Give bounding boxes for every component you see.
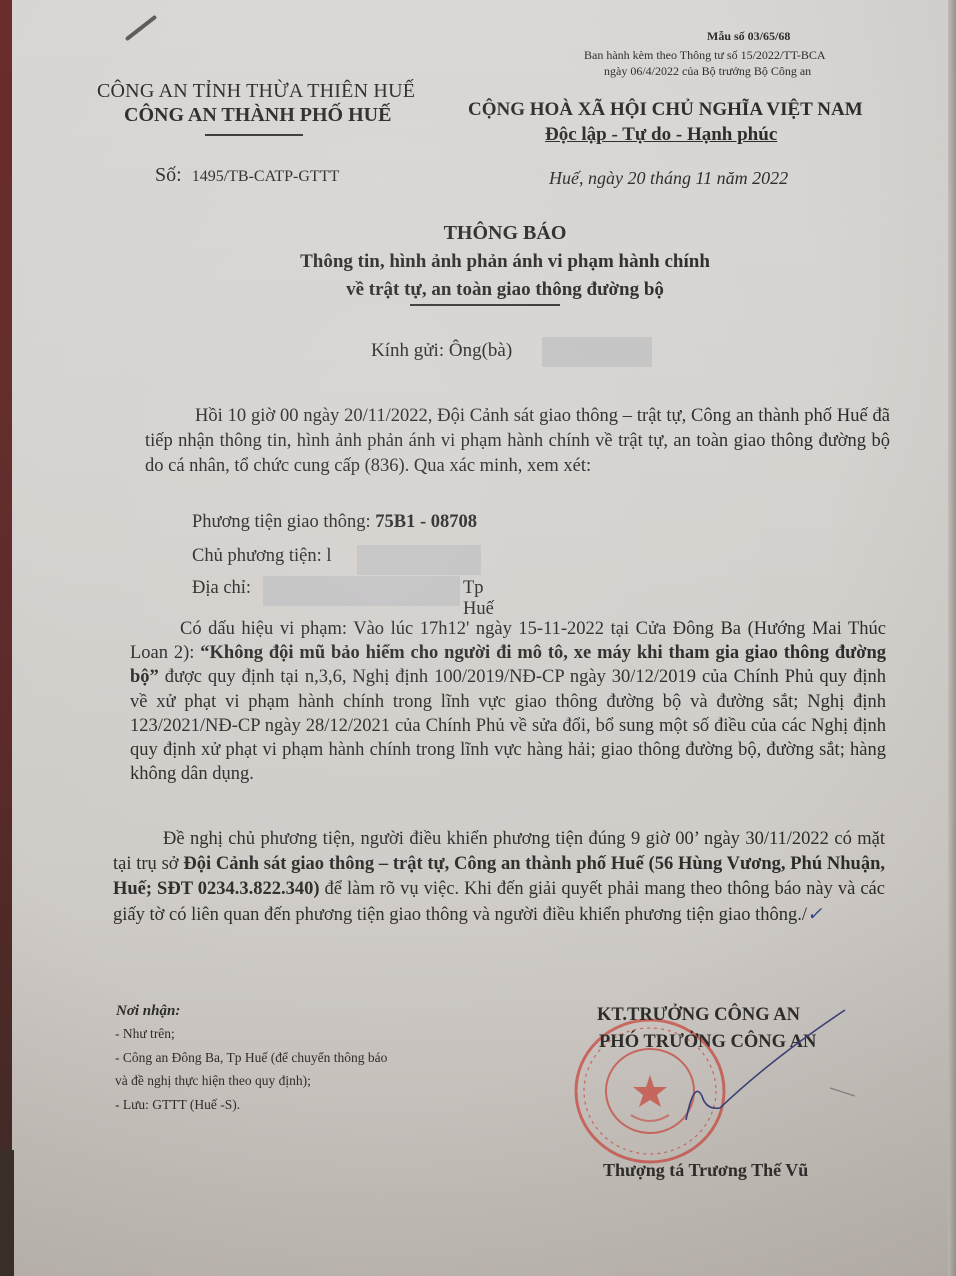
document-number-label: Số: xyxy=(155,164,182,186)
recipient-item: - Như trên; xyxy=(115,1026,175,1042)
signer-name: Thượng tá Trương Thế Vũ xyxy=(603,1160,808,1181)
request-paragraph: Đề nghị chủ phương tiện, người điều khiể… xyxy=(113,827,885,928)
document-title: THÔNG BÁO xyxy=(0,222,956,245)
vehicle-owner-label: Chủ phương tiện: xyxy=(192,546,322,566)
recipient-item: - Công an Đông Ba, Tp Huế (để chuyển thô… xyxy=(115,1050,387,1066)
form-issued-with: Ban hành kèm theo Thông tư số 15/2022/TT… xyxy=(584,48,826,63)
agency-underline xyxy=(205,134,303,136)
parent-agency: CÔNG AN TỈNH THỪA THIÊN HUẾ xyxy=(97,80,415,103)
intro-text: Hồi 10 giờ 00 ngày 20/11/2022, Đội Cảnh … xyxy=(145,406,890,476)
vehicle-plate-value: 75B1 - 08708 xyxy=(375,512,477,532)
violation-paragraph: Có dấu hiệu vi phạm: Vào lúc 17h12' ngày… xyxy=(130,617,886,786)
recipients-heading: Nơi nhận: xyxy=(116,1003,180,1020)
redacted-address xyxy=(263,576,460,606)
check-mark-icon: ✓ xyxy=(807,905,823,925)
desk-edge-bottom-left xyxy=(0,1150,14,1276)
redacted-owner-name xyxy=(357,545,481,575)
country-name: CỘNG HOÀ XÃ HỘI CHỦ NGHĨA VIỆT NAM xyxy=(468,99,863,121)
vehicle-owner-initial: l xyxy=(326,546,331,566)
place-date: Huế, ngày 20 tháng 11 năm 2022 xyxy=(549,168,788,189)
document-number-value: 1495/TB-CATP-GTTT xyxy=(192,168,340,185)
vehicle-address-label: Địa chỉ: xyxy=(192,578,251,598)
document-subtitle-line2: về trật tự, an toàn giao thông đường bộ xyxy=(0,279,956,301)
recipient-item: và đề nghị thực hiện theo quy định); xyxy=(115,1073,311,1089)
vehicle-plate-field: Phương tiện giao thông: 75B1 - 08708 xyxy=(192,512,477,533)
intro-paragraph: Hồi 10 giờ 00 ngày 20/11/2022, Đội Cảnh … xyxy=(145,404,890,479)
national-motto: Độc lập - Tự do - Hạnh phúc xyxy=(545,124,777,146)
vehicle-address-city: Tp Huế xyxy=(463,578,494,620)
vehicle-owner-field: Chủ phương tiện: l xyxy=(192,546,332,567)
title-underline xyxy=(410,304,560,306)
handwritten-signature-icon xyxy=(680,1000,956,1120)
document-subtitle-line1: Thông tin, hình ảnh phản ánh vi phạm hàn… xyxy=(0,251,956,273)
greeting: Kính gửi: Ông(bà) xyxy=(371,340,512,362)
form-issued-date: ngày 06/4/2022 của Bộ trưởng Bộ Công an xyxy=(604,64,811,79)
vehicle-plate-label: Phương tiện giao thông: xyxy=(192,512,371,532)
desk-edge-left xyxy=(0,0,12,1276)
recipient-item: - Lưu: GTTT (Huế -S). xyxy=(115,1097,240,1113)
redacted-recipient-name xyxy=(542,337,652,367)
vehicle-address-field: Địa chỉ: Tp Huế xyxy=(192,578,251,599)
form-number: Mẫu số 03/65/68 xyxy=(707,29,790,44)
agency-name: CÔNG AN THÀNH PHỐ HUẾ xyxy=(124,104,391,127)
document-number: Số:1495/TB-CATP-GTTT xyxy=(155,164,339,187)
violation-legal-basis: được quy định tại n,3,6, Nghị định 100/2… xyxy=(130,667,886,784)
pen-mark xyxy=(125,15,157,42)
